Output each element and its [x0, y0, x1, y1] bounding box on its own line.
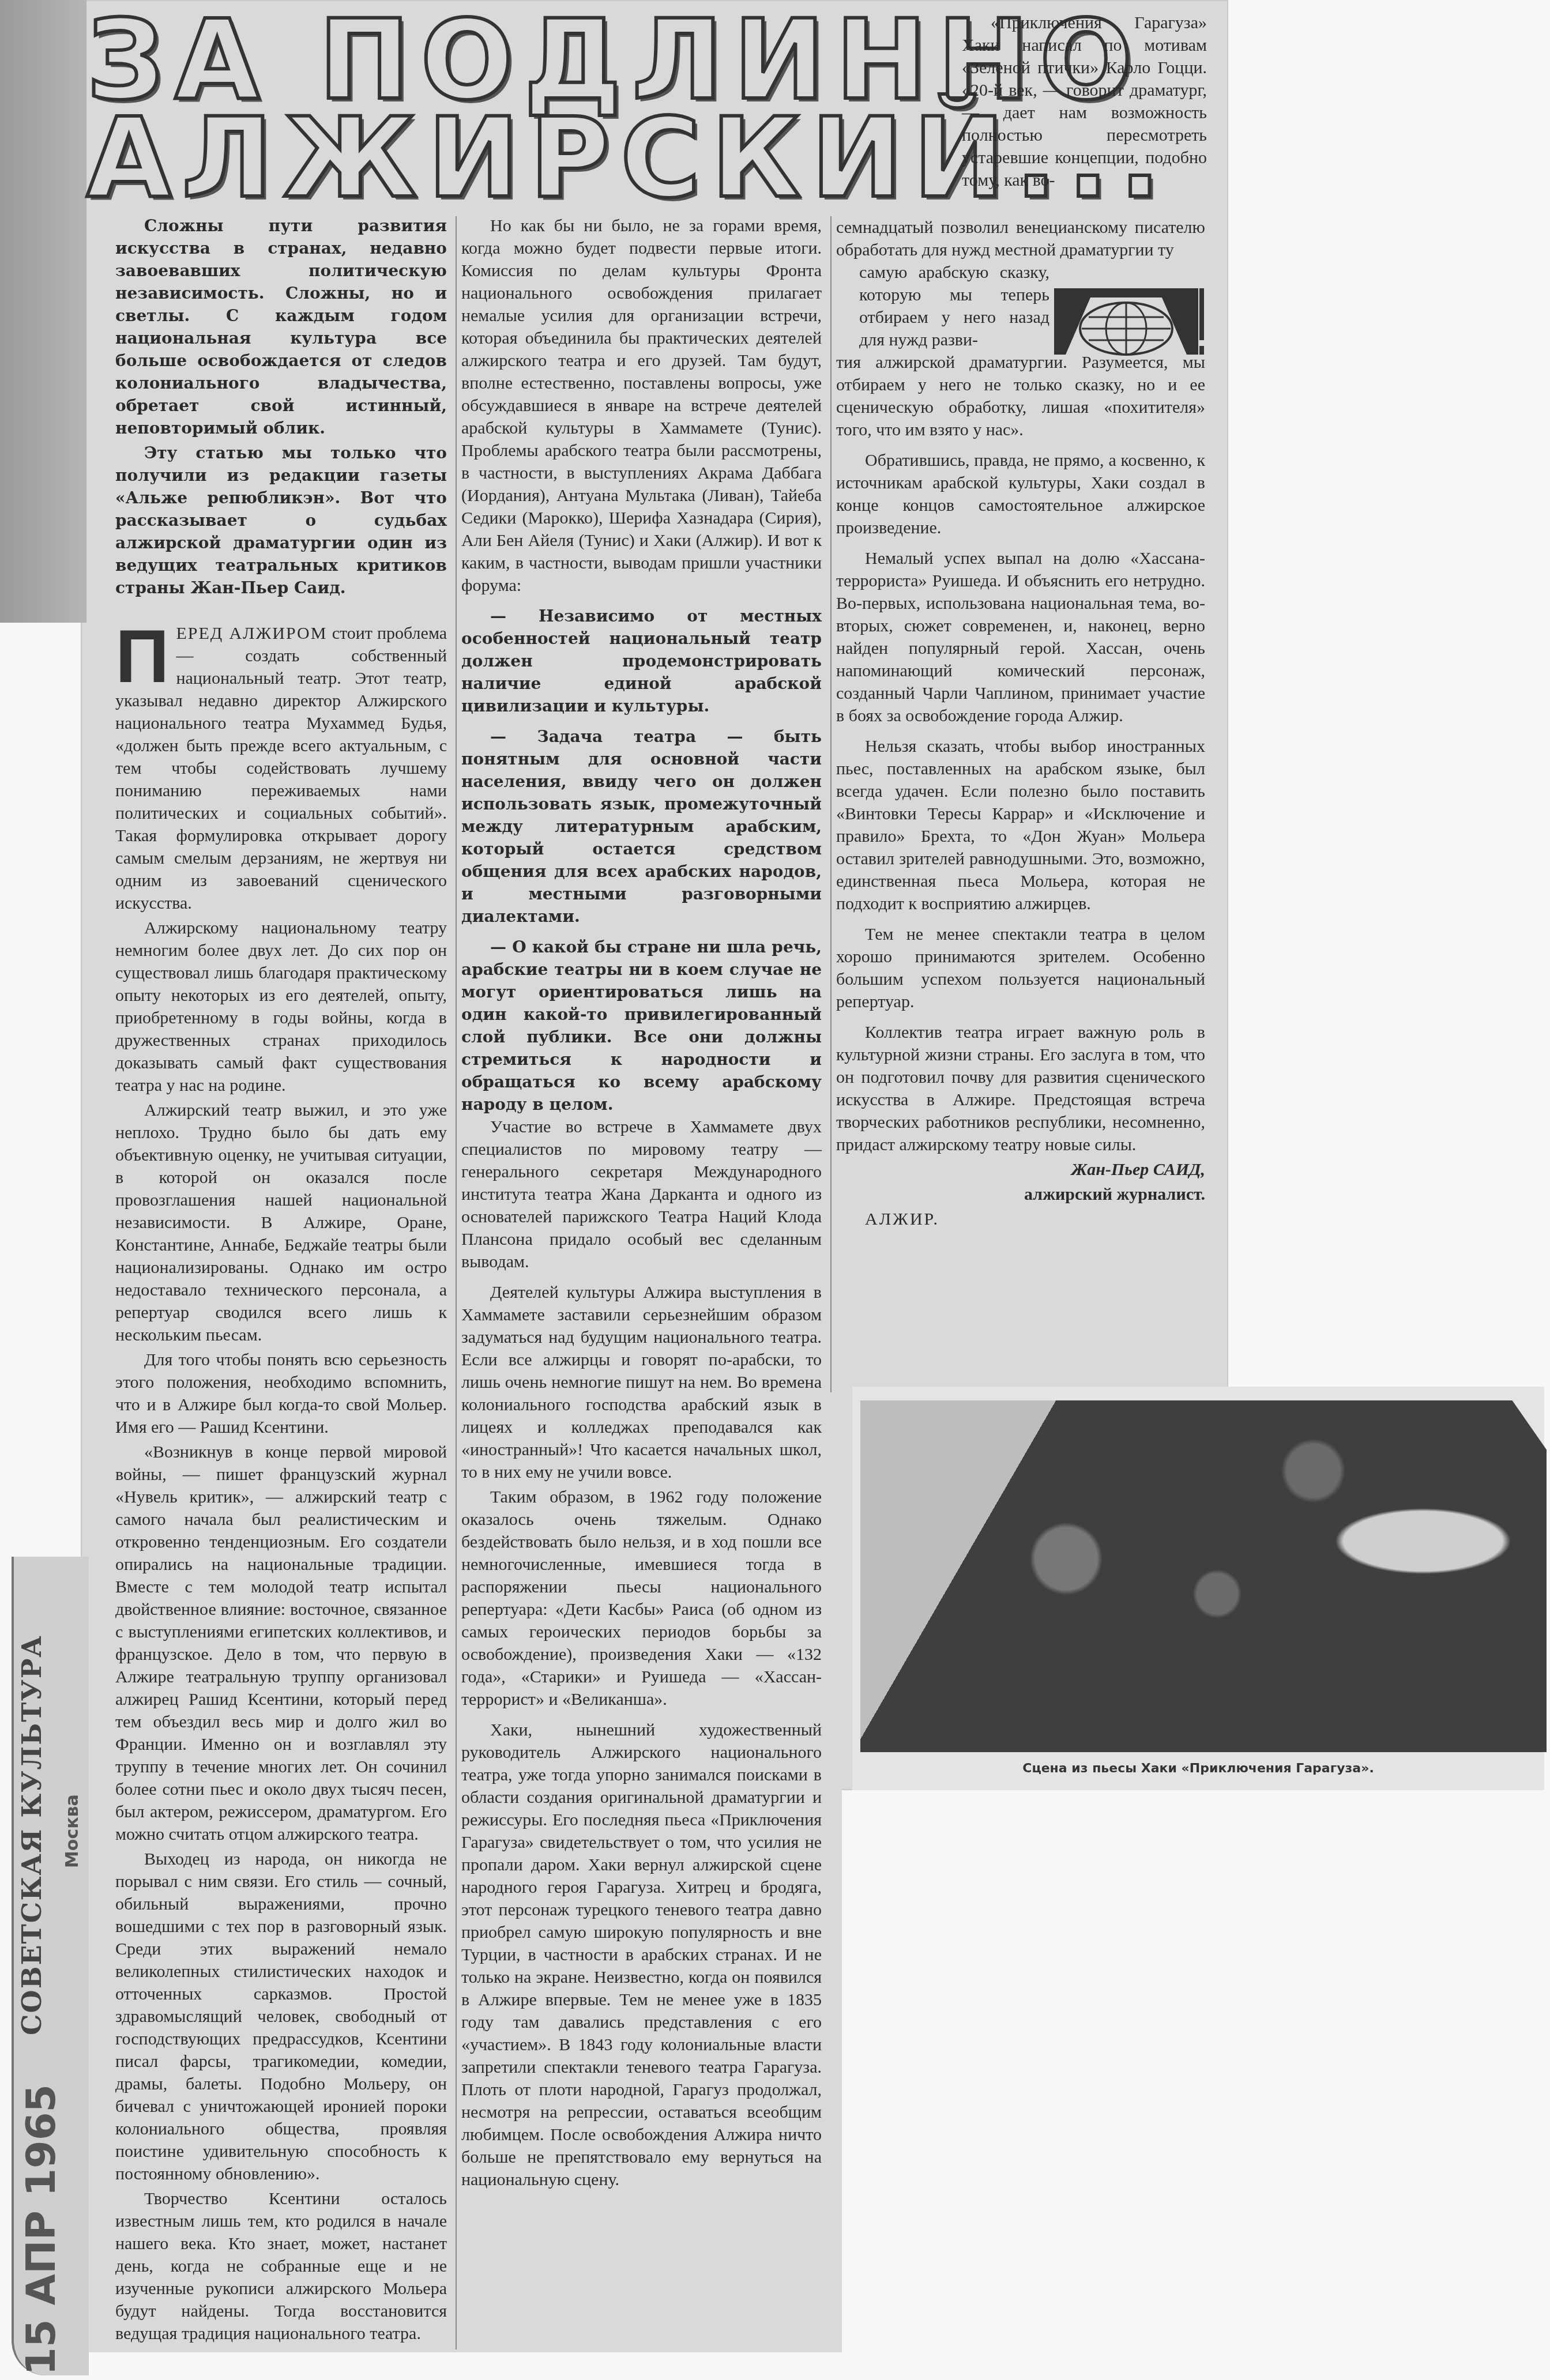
headline-line-2: АЛЖИРСКИЙ...: [86, 110, 928, 208]
author-title: алжирский журналист.: [836, 1183, 1205, 1206]
body-paragraph: Творчество Ксентини осталось известным л…: [115, 2187, 447, 2345]
dateline: АЛЖИР.: [836, 1208, 1205, 1230]
masthead-city: Москва: [62, 1794, 82, 1868]
body-paragraph: Немалый успех выпал на долю «Хассана-тер…: [836, 547, 1205, 727]
body-paragraph: Обратившись, правда, не прямо, а косвенн…: [836, 449, 1205, 539]
body-text: тия алжирской драматургии. Разумеется, м…: [836, 351, 1205, 441]
date-stamp: 15 АПР 1965: [17, 2084, 65, 2375]
column-2: Но как бы ни было, не за горами время, к…: [461, 214, 822, 2191]
theatre-globe-icon: [1054, 288, 1204, 357]
text-beside-emblem: самую арабскую сказку, которую мы теперь…: [859, 261, 1049, 351]
photo-image: [860, 1400, 1547, 1752]
column-rule-1: [456, 216, 457, 2349]
conclusion-item: — Задача театра — быть понятным для осно…: [461, 725, 822, 928]
drop-cap: П: [115, 624, 169, 688]
body-paragraph: Хаки, нынешний художественный руководите…: [461, 1719, 822, 2191]
conclusion-item: — Независимо от местных особенностей нац…: [461, 605, 822, 717]
opening-caps: ЕРЕД АЛЖИРОМ: [176, 624, 327, 643]
body-text: семнадцатый позволил венецианскому писат…: [836, 216, 1205, 261]
body-paragraph: Алжирский театр выжил, и это уже неплохо…: [115, 1099, 447, 1346]
lead-paragraph: Эту статью мы только что получили из ред…: [115, 442, 447, 599]
body-paragraph: Участие во встрече в Хаммамете двух спец…: [461, 1116, 822, 1273]
body-paragraph: «Приключения Гарагуза» Хаки написал по м…: [962, 12, 1207, 191]
play-scene-photo: Сцена из пьесы Хаки «Приключения Гарагуз…: [852, 1387, 1544, 1790]
column-rule-2: [830, 216, 832, 1392]
column-3-top: «Приключения Гарагуза» Хаки написал по м…: [962, 12, 1207, 191]
body-paragraph: Нельзя сказать, чтобы выбор иностранных …: [836, 735, 1205, 915]
article-headline: ЗА ПОДЛИННО АЛЖИРСКИЙ...: [86, 12, 928, 208]
author-name: Жан-Пьер САИД,: [836, 1158, 1205, 1181]
conclusion-item: — О какой бы стране ни шла речь, арабски…: [461, 936, 822, 1116]
body-paragraph: Коллектив театра играет важную роль в ку…: [836, 1021, 1205, 1156]
column-3: семнадцатый позволил венецианскому писат…: [836, 216, 1205, 1230]
lead-paragraph: Сложны пути развития искусства в странах…: [115, 214, 447, 439]
body-paragraph: Но как бы ни было, не за горами время, к…: [461, 214, 822, 597]
lead-text: Сложны пути развития искусства в странах…: [115, 214, 447, 599]
body-paragraph: Для того чтобы понять всю серьезность эт…: [115, 1349, 447, 1438]
photo-caption: Сцена из пьесы Хаки «Приключения Гарагуз…: [852, 1761, 1544, 1776]
body-paragraph: Выходец из народа, он никогда не порывал…: [115, 1848, 447, 2185]
conclusions-list: — Независимо от местных особенностей нац…: [461, 605, 822, 1116]
body-paragraph: Алжирскому национальному театру немногим…: [115, 917, 447, 1097]
body-paragraph: «Возникнув в конце первой мировой войны,…: [115, 1441, 447, 1846]
opening-paragraph: ПЕРЕД АЛЖИРОМ стоит проблема — создать с…: [115, 622, 447, 914]
newspaper-masthead: СОВЕТСКАЯ КУЛЬТУРА: [16, 1635, 47, 2035]
body-paragraph: Тем не менее спектакли театра в целом хо…: [836, 923, 1205, 1013]
body-paragraph: Деятелей культуры Алжира выступления в Х…: [461, 1281, 822, 1483]
body-paragraph: Таким образом, в 1962 году положение ока…: [461, 1486, 822, 1711]
column-1: Сложны пути развития искусства в странах…: [115, 214, 447, 2345]
